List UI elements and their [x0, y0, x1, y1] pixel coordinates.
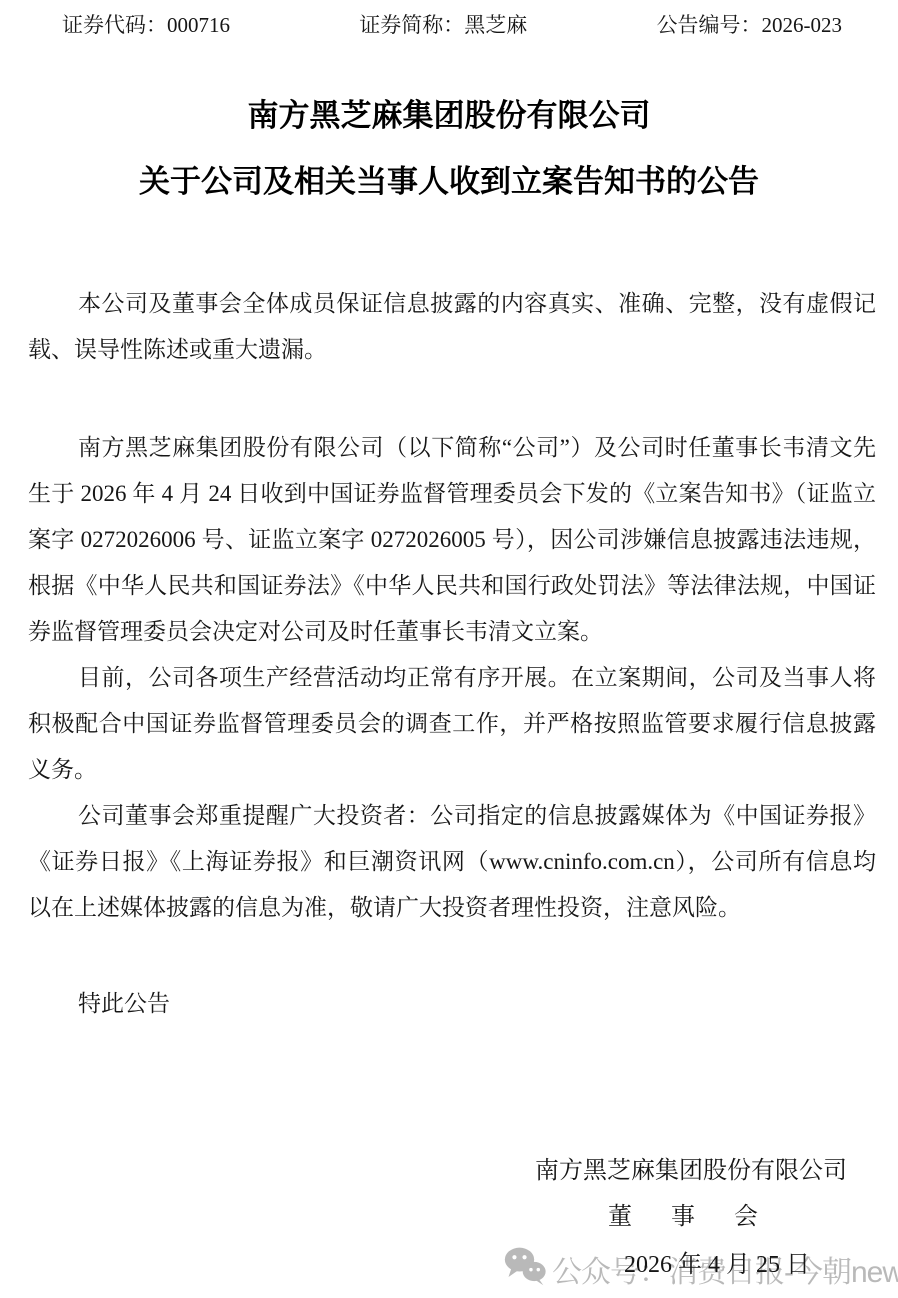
signature-board-char: 会: [734, 1203, 758, 1231]
signature-board-char: 事: [671, 1203, 695, 1231]
announcement-title: 关于公司及相关当事人收到立案告知书的公告: [0, 165, 898, 199]
signature-board-char: 董: [608, 1203, 632, 1231]
paragraph-case-notice: 南方黑芝麻集团股份有限公司（以下简称“公司”）及公司时任董事长韦清文先生于 20…: [28, 425, 876, 655]
company-title: 南方黑芝麻集团股份有限公司: [0, 99, 898, 133]
stock-code: 证券代码：000716: [62, 13, 230, 37]
closing-line: 特此公告: [28, 981, 876, 1027]
paragraph-operations: 目前，公司各项生产经营活动均正常有序开展。在立案期间，公司及当事人将积极配合中国…: [28, 655, 876, 793]
document-header: 证券代码：000716 证券简称：黑芝麻 公告编号：2026-023: [0, 0, 898, 37]
stock-name: 证券简称：黑芝麻: [359, 13, 527, 37]
signature-company: 南方黑芝麻集团股份有限公司: [535, 1157, 847, 1185]
document-body: 本公司及董事会全体成员保证信息披露的内容真实、准确、完整，没有虚假记载、误导性陈…: [0, 281, 898, 1027]
paragraph-investor-reminder: 公司董事会郑重提醒广大投资者：公司指定的信息披露媒体为《中国证券报》《证券日报》…: [28, 793, 876, 931]
signature-board: 董 事 会: [608, 1203, 758, 1231]
announcement-number: 公告编号：2026-023: [657, 13, 843, 37]
title-block: 南方黑芝麻集团股份有限公司 关于公司及相关当事人收到立案告知书的公告: [0, 99, 898, 199]
board-statement: 本公司及董事会全体成员保证信息披露的内容真实、准确、完整，没有虚假记载、误导性陈…: [28, 281, 876, 373]
signature-date: 2026 年 4 月 25 日: [624, 1251, 810, 1279]
announcement-page: 证券代码：000716 证券简称：黑芝麻 公告编号：2026-023 南方黑芝麻…: [0, 0, 898, 1298]
wechat-icon: [503, 1246, 547, 1291]
